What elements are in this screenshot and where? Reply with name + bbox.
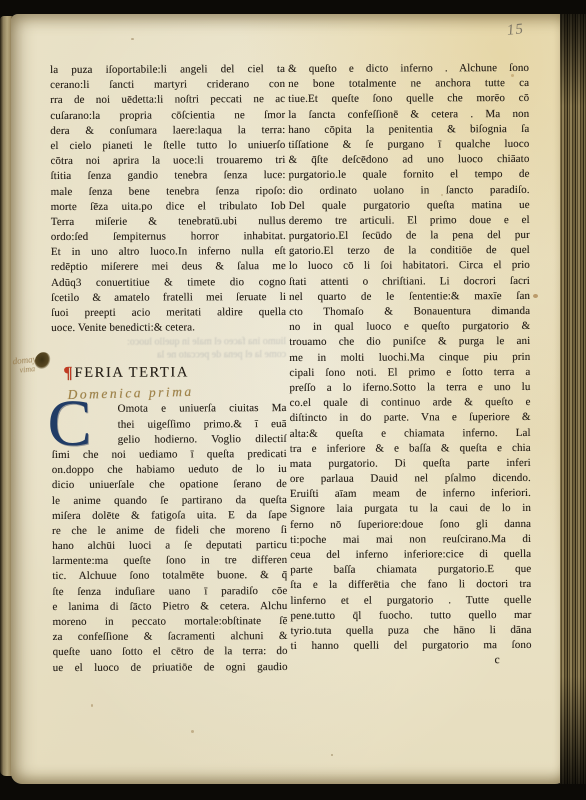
text-line: tyrio.tuta quella puza che hāno li dāna (290, 623, 531, 639)
text-line: me in molti luochi.Ma cinque piu prin (289, 350, 530, 366)
text-line: deremo tre articuli. El primo doue e el (289, 213, 530, 229)
text-line: cōtra noi aprira la uoce:li trouaremo tr… (50, 153, 285, 169)
foxing-spot (191, 730, 194, 733)
text-line: rra de noi uēdetta:li noſtri peccati ne … (50, 92, 285, 108)
folio-number: 15 (506, 21, 525, 40)
text-line: za confeſſione & ſacramenti alchuni & (52, 629, 287, 645)
text-line: parte baſſa chiamata purgatorio.E que (290, 562, 531, 578)
text-line: el cielo pianeti le ſtelle tutto lo uniu… (50, 138, 285, 154)
text-line: tra e inferiore & e baſſa & queſta e chi… (290, 441, 531, 457)
text-line: ſta e la differētia che fano li doctori … (290, 577, 531, 593)
text-line: le anime quando ſe partirano da queſta (52, 493, 287, 509)
text-line: tiſſatione & ſe purgano ī qualche luoco (288, 137, 529, 153)
showthrough-text-line: come la el pena de peccato ne la (51, 348, 286, 362)
text-line: ſcetilo & amatelo fratelli mei ſeruate l… (51, 290, 286, 306)
text-line: cerano:li ſancti martyri criderano con (50, 77, 285, 93)
foxing-spot (511, 74, 514, 77)
left-column: la puza iſoportabile:li angeli del ciel … (50, 62, 288, 676)
text-line: cuſarano:la propria cōſcientia ne ſmor (50, 108, 285, 124)
text-line: miſera dolēte & fatigoſa uita. E da ſape (52, 508, 287, 524)
left-paragraph-2: C Omota e uniuerſa ciuitas Mathei uigeſſ… (51, 401, 287, 675)
text-block: la puza iſoportabile:li angeli del ciel … (11, 61, 568, 63)
text-line: lo luoco cō li ſoi habitatori. Circa el … (289, 258, 530, 274)
signature-mark: c (291, 653, 532, 669)
text-line: no in qual luoco e queſto purgatorio & (289, 319, 530, 335)
text-line: ſte ſenza induſiare uano ī paradiſo cōe (52, 584, 287, 600)
text-line: linferno et el purgatorio . Tutte quelle (290, 593, 531, 609)
text-line: ſtitia ſenza gandio tenebra ſenza luce: (50, 168, 285, 184)
text-line: ordo:ſed ſempiternus horror inhabitat. (51, 229, 286, 245)
text-line: alta:& queſta e chiamata inferno. Lal (290, 425, 531, 441)
text-line: ore parlaua Dauid nel pſalmo dicendo. (290, 471, 531, 487)
text-line: & queſto e dicto inferno . Alchune ſono (288, 61, 529, 77)
text-line: uoce. Venite benedicti:& cetera. (51, 320, 286, 336)
foxing-spot (533, 294, 538, 298)
text-line: Eruiſti aīam meam de inferno inferiori. (290, 486, 531, 502)
text-line: purgatorio.El ſecūdo de la pena del pur (289, 228, 530, 244)
heading-text: FERIA TERTIA (75, 365, 189, 381)
illuminated-initial-letter: C (47, 398, 111, 454)
text-line: la puza iſoportabile:li angeli del ciel … (50, 62, 285, 78)
right-column: & queſto e dicto inferno . Alchune ſonon… (288, 61, 532, 669)
text-line: ti:poche mai mai non reuſcirano.Ma di (290, 532, 531, 548)
book-fore-edge (560, 14, 586, 784)
text-line: dera & conſumara laere:laqua la terra: (50, 123, 285, 139)
text-line: moreno in peccato mortale:obſtinate ſē (52, 614, 287, 630)
text-line: mata purgatorio. Di queſta parte inferi (290, 456, 531, 472)
showthrough-text-line: liumo ina faceo el male in quello luoco: (51, 335, 286, 349)
text-line: Et in uno altro luoco.In inferno nulla e… (51, 244, 286, 260)
text-line: tiue.Et queſte ſono quelle che morēo cō (288, 91, 529, 107)
text-line: re che le anime de fideli che moreno ſi (52, 523, 287, 539)
text-line: Del quale purgatorio queſta matina ue (289, 198, 530, 214)
book-page: 15 la puza iſoportabile:li angeli del ci… (11, 14, 568, 784)
left-paragraph-1: la puza iſoportabile:li angeli del ciel … (50, 62, 286, 336)
text-line: hano alchūi luoci a ſe deputati particu (52, 538, 287, 554)
text-line: trouamo che dio puniſce & purga le ani (289, 334, 530, 350)
text-line: ſuoi preepti acio meritati aldire quella (51, 305, 286, 321)
text-line: la ſancta confeſſionē & cetera . Ma non (288, 107, 529, 123)
text-line: co.el quale di continuo arde & queſto e (289, 395, 530, 411)
text-line: queſte uano ſotto el cētro de la terra: … (53, 644, 288, 660)
text-line: Signore laia purgata tu la caui de lo in (290, 501, 531, 517)
text-line: ti hanno quelli del purgatorio ma ſono (291, 638, 532, 654)
foxing-spot (91, 704, 93, 707)
showthrough-gap: liumo ina faceo el male in quello luoco:… (51, 335, 286, 362)
text-line: purgatorio.le quale fornito el tempo de (288, 167, 529, 183)
text-line: redēptio miſerere mei deus & ſalua me (51, 259, 286, 275)
book-scan-scene: 15 la puza iſoportabile:li angeli del ci… (0, 0, 586, 800)
rubric-pilcrow-mark: ¶ (63, 363, 72, 382)
text-line: cipali ſono noti. El primo e ſotto terra… (289, 365, 530, 381)
text-line: preſſo a lo iferno.Sotto la terra e uno … (289, 380, 530, 396)
text-line: dio ordinato uolano in ſancto paradiſo. (289, 182, 530, 198)
foxing-spot (441, 194, 443, 196)
text-line: tic. Alchuue ſono totalmēte buone. & q̄ (52, 568, 287, 584)
text-line: male ſenza bene tenebra ſenza ripoſo: (51, 184, 286, 200)
text-line: hano cōpita la penitentia & biſognia ſa (288, 122, 529, 138)
text-line: & q̄ſte deſcēdono ad uno luoco chiāato (288, 152, 529, 168)
text-line: gelio hodierno. Voglio dilectiſ (118, 432, 287, 448)
text-line: thei uigeſſimo primo.& ī euā (118, 417, 287, 433)
text-line: morte ſēza uita.po dice el tribulato Iob (51, 199, 286, 215)
text-line: nel quarto de le ſententie:& maxīe ſan (289, 289, 530, 305)
text-line: ſtati attenti o chriſtiani. Li docrori ſ… (289, 274, 530, 290)
text-line: on.doppo che habiamo ueduto de lo iu (52, 462, 287, 478)
text-line: pene.tutto q̄l fuocho. tutto quello mar (290, 608, 531, 624)
text-line: cto Thomaſo & Bonauentura dimanda (289, 304, 530, 320)
text-line: ferno nō ſuperiore:doue ſono gli danna (290, 517, 531, 533)
text-line: diſtincto in do parte. Vna e ſuperiore & (290, 410, 531, 426)
foxing-spot (331, 754, 333, 756)
text-line: gatorio.El terzo de la conditiōe de quel (289, 243, 530, 259)
text-line: Adūq3 conuertitiue & timete dio cogno (51, 275, 286, 291)
text-line: ceua del inferno inferiore:cice di quell… (290, 547, 531, 563)
foxing-spot (131, 38, 134, 40)
text-line: Terra miſerie & tenebratū.ubi nullus (51, 214, 286, 230)
text-line: e lanima di ſācto Pietro & cetera. Alchu (52, 599, 287, 615)
text-line: dicio uniuerſale che opatione ſerano de (52, 477, 287, 493)
text-line: ue el luoco de priuatiōe de ogni gaudio (53, 660, 288, 676)
text-line: larmente:ma queſte ſono in tre differen (52, 553, 287, 569)
text-line: ne bone totalmente ne anchora tutte ca (288, 76, 529, 92)
text-line: Omota e uniuerſa ciuitas Ma (117, 401, 286, 417)
